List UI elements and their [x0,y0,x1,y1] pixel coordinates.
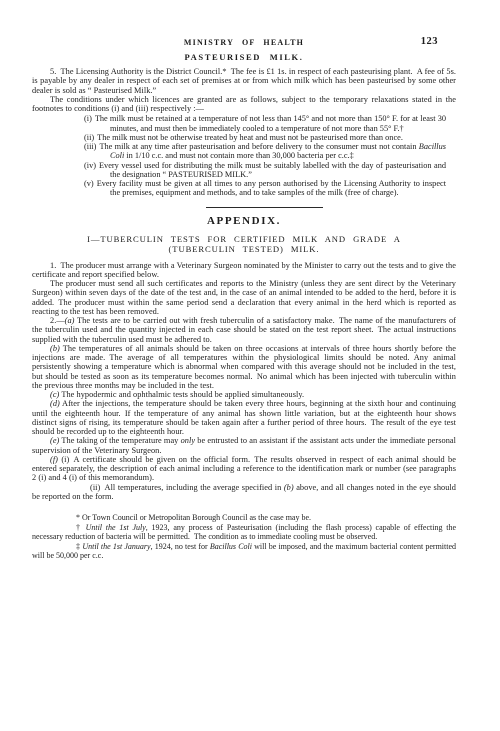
page-number: 123 [421,36,438,47]
appendix-paragraph-2b: (b) The temperatures of all animals shou… [32,344,456,390]
appendix-heading: APPENDIX. [32,215,456,227]
appendix-paragraph-1: 1. The producer must arrange with a Vete… [32,261,456,280]
condition-marker-iii: (iii) [84,142,96,151]
section-title-pasteurised-milk: PASTEURISED MILK. [32,52,456,62]
appendix-paragraph-2d: (d) After the injections, the temperatur… [32,399,456,436]
paragraph-licensing-authority: 5. The Licensing Authority is the Distri… [32,67,456,95]
appendix-subheading-line1: I—TUBERCULIN TESTS FOR CERTIFIED MILK AN… [87,234,401,244]
appendix-paragraph-1-continued: The producer must send all such certific… [32,279,456,316]
condition-item-iv: (iv)Every vessel used for distributing t… [32,161,446,180]
condition-marker-v: (v) [84,179,94,188]
footnote-star: * Or Town Council or Metropolitan Boroug… [32,513,456,522]
condition-item-v: (v)Every facility must be given at all t… [32,179,446,198]
condition-marker-i: (i) [84,114,92,123]
running-header-title: MINISTRY OF HEALTH [184,38,304,47]
appendix-paragraph-2f-ii: (ii) All temperatures, including the ave… [32,483,456,502]
condition-item-iii: (iii)The milk at any time after pasteuri… [32,142,446,161]
appendix-paragraph-2e: (e) The taking of the temperature may on… [32,436,456,455]
appendix-subheading-line2: (TUBERCULIN TESTED) MILK. [169,244,320,254]
condition-text-iii: The milk at any time after pasteurisatio… [99,142,446,160]
appendix-paragraph-2a: 2.—(a) The tests are to be carried out w… [32,316,456,344]
section-divider-rule [206,207,323,208]
condition-marker-iv: (iv) [84,161,96,170]
condition-text-ii: The milk must not be otherwise treated b… [97,133,403,142]
condition-marker-ii: (ii) [84,133,94,142]
condition-text-v: Every facility must be given at all time… [97,179,446,197]
condition-item-i: (i)The milk must be retained at a temper… [32,114,446,133]
condition-text-iv: Every vessel used for distributing the m… [99,161,446,179]
condition-item-ii: (ii)The milk must not be otherwise treat… [32,133,446,142]
paragraph-conditions-intro: The conditions under which licences are … [32,95,456,114]
footnote-dagger: † Until the 1st July, 1923, any process … [32,523,456,541]
appendix-paragraph-2f-i: (f) (i) A certificate should be given on… [32,455,456,483]
appendix-subheading: I—TUBERCULIN TESTS FOR CERTIFIED MILK AN… [32,234,456,254]
appendix-paragraph-2c: (c) The hypodermic and ophthalmic tests … [32,390,456,399]
footnote-double-dagger: ‡ Until the 1st January, 1924, no test f… [32,542,456,560]
footnotes-block: * Or Town Council or Metropolitan Boroug… [32,513,456,560]
conditions-list: (i)The milk must be retained at a temper… [32,114,446,197]
condition-text-i: The milk must be retained at a temperatu… [95,114,446,132]
running-header: MINISTRY OF HEALTH 123 [32,38,456,50]
document-page: MINISTRY OF HEALTH 123 PASTEURISED MILK.… [0,0,500,731]
